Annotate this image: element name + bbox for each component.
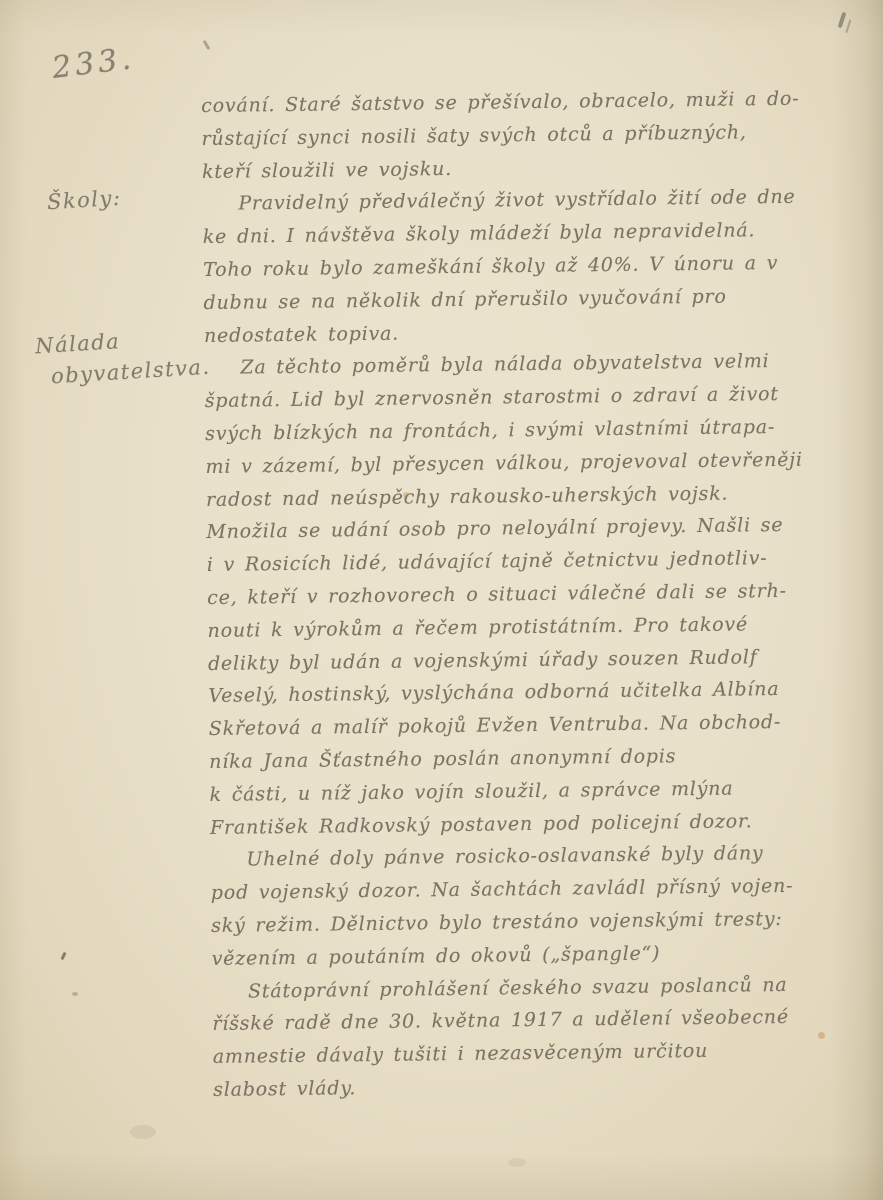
ink-speck — [60, 952, 66, 961]
manuscript-line: slabost vlády. — [213, 1066, 878, 1107]
page-number: 233. — [50, 41, 136, 86]
margin-note-mood-line2: obyvatelstva. — [50, 352, 211, 393]
ink-smudge — [838, 12, 847, 28]
ink-speck — [203, 40, 211, 50]
foxing-spot — [508, 1158, 526, 1167]
margin-note-mood: Nálada obyvatelstva. — [34, 321, 211, 393]
ink-speck — [72, 992, 78, 996]
manuscript-text: cování. Staré šatstvo se přešívalo, obra… — [201, 82, 878, 1107]
margin-note-mood-line1: Nálada — [34, 329, 120, 358]
foxing-spot — [130, 1125, 156, 1139]
margin-note-schools: Školy: — [46, 186, 122, 214]
manuscript-page: 233. Školy: Nálada obyvatelstva. cování.… — [0, 0, 883, 1200]
